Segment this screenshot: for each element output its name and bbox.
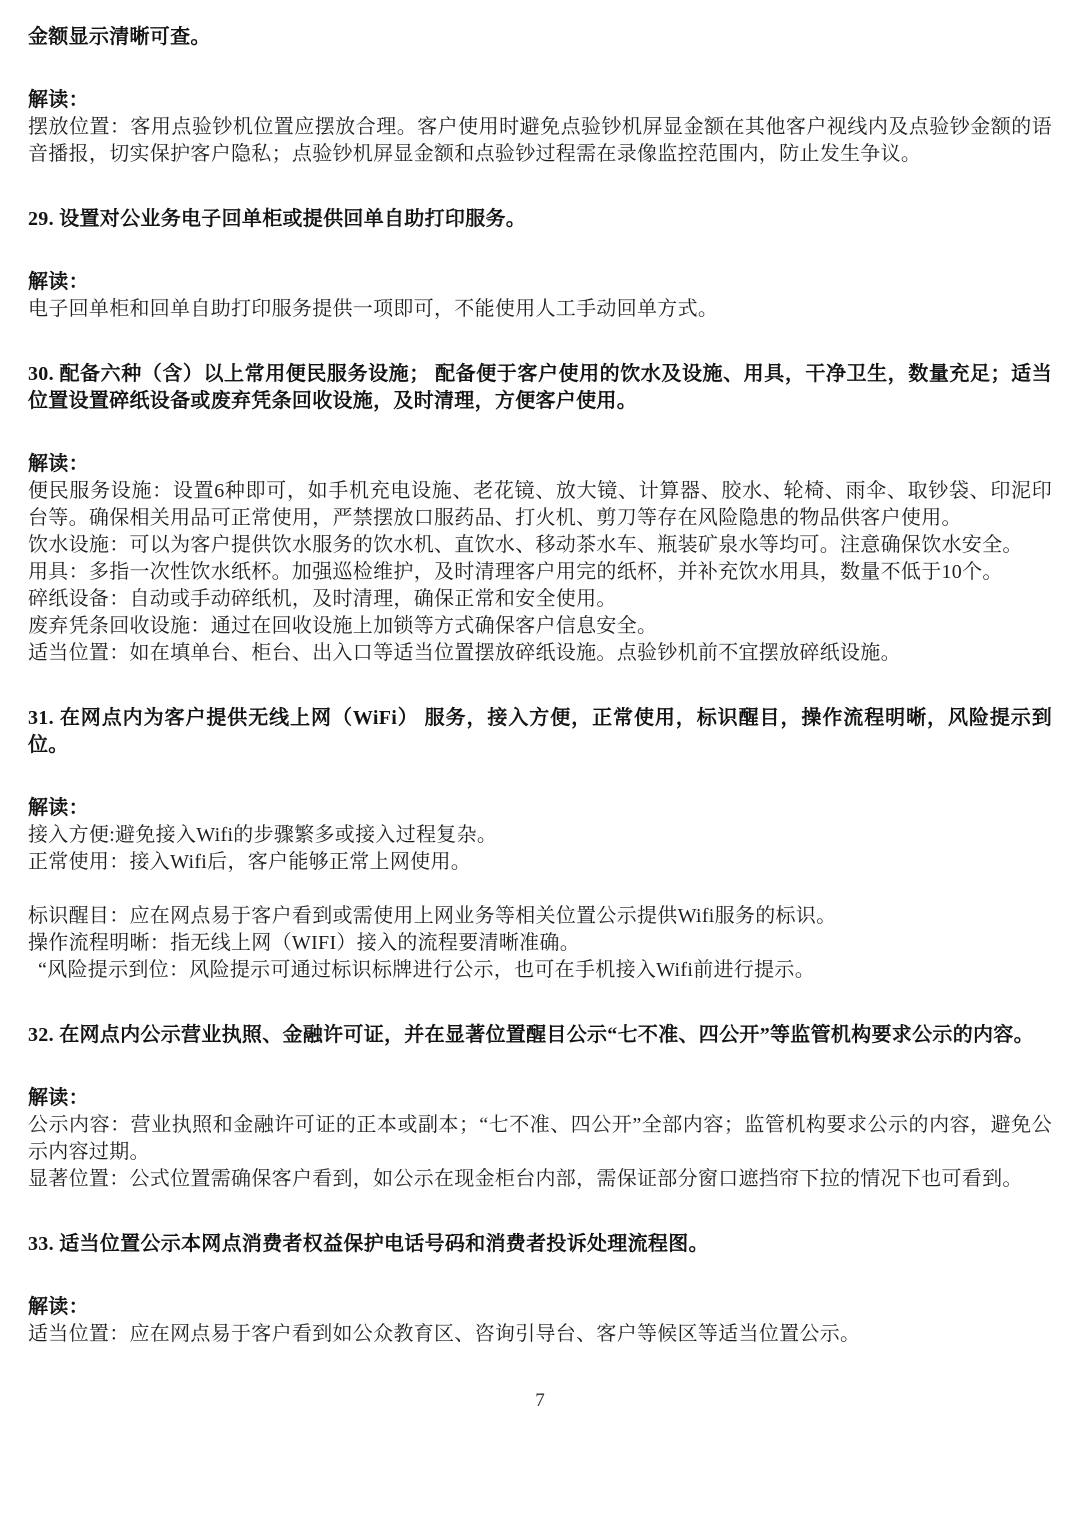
body-paragraph: 标识醒目：应在网点易于客户看到或需使用上网业务等相关位置公示提供Wifi服务的标… <box>28 903 1052 930</box>
body-paragraph: 电子回单柜和回单自助打印服务提供一项即可，不能使用人工手动回单方式。 <box>28 296 1052 323</box>
item-lead-text: 29. 设置对公业务电子回单柜或提供回单自助打印服务。 <box>28 206 1052 233</box>
body-paragraph: 接入方便:避免接入Wifi的步骤繁多或接入过程复杂。 <box>28 822 1052 849</box>
section-item31: 31. 在网点内为客户提供无线上网（WiFi） 服务，接入方便，正常使用，标识醒… <box>28 705 1052 984</box>
jiedu-label: 解读： <box>28 269 1052 296</box>
section-item29: 29. 设置对公业务电子回单柜或提供回单自助打印服务。 解读： 电子回单柜和回单… <box>28 206 1052 323</box>
body-paragraph: 适当位置：应在网点易于客户看到如公众教育区、咨询引导台、客户等候区等适当位置公示… <box>28 1321 1052 1348</box>
body-paragraph: “风险提示到位：风险提示可通过标识标牌进行公示，也可在手机接入Wifi前进行提示… <box>28 957 1052 984</box>
body-paragraph: 公示内容：营业执照和金融许可证的正本或副本；“七不准、四公开”全部内容；监管机构… <box>28 1112 1052 1166</box>
jiedu-label: 解读： <box>28 1085 1052 1112</box>
document-page: 金额显示清晰可查。 解读： 摆放位置：客用点验钞机位置应摆放合理。客户使用时避免… <box>0 0 1080 1527</box>
section-item33: 33. 适当位置公示本网点消费者权益保护电话号码和消费者投诉处理流程图。 解读：… <box>28 1231 1052 1348</box>
body-paragraph: 废弃凭条回收设施：通过在回收设施上加锁等方式确保客户信息安全。 <box>28 613 1052 640</box>
body-paragraph: 饮水设施：可以为客户提供饮水服务的饮水机、直饮水、移动茶水车、瓶装矿泉水等均可。… <box>28 532 1052 559</box>
page-number: 7 <box>0 1390 1080 1412</box>
jiedu-label: 解读： <box>28 87 1052 114</box>
item-lead-text: 金额显示清晰可查。 <box>28 24 1052 51</box>
section-item28-continuation: 金额显示清晰可查。 解读： 摆放位置：客用点验钞机位置应摆放合理。客户使用时避免… <box>28 24 1052 168</box>
body-paragraph: 碎纸设备：自动或手动碎纸机，及时清理，确保正常和安全使用。 <box>28 586 1052 613</box>
item-lead-text: 33. 适当位置公示本网点消费者权益保护电话号码和消费者投诉处理流程图。 <box>28 1231 1052 1258</box>
item-lead-text: 30. 配备六种（含）以上常用便民服务设施； 配备便于客户使用的饮水及设施、用具… <box>28 361 1052 415</box>
jiedu-label: 解读： <box>28 795 1052 822</box>
jiedu-label: 解读： <box>28 451 1052 478</box>
body-paragraph: 摆放位置：客用点验钞机位置应摆放合理。客户使用时避免点验钞机屏显金额在其他客户视… <box>28 114 1052 168</box>
body-paragraph: 适当位置：如在填单台、柜台、出入口等适当位置摆放碎纸设施。点验钞机前不宜摆放碎纸… <box>28 640 1052 667</box>
body-paragraph: 便民服务设施：设置6种即可，如手机充电设施、老花镜、放大镜、计算器、胶水、轮椅、… <box>28 478 1052 532</box>
section-item30: 30. 配备六种（含）以上常用便民服务设施； 配备便于客户使用的饮水及设施、用具… <box>28 361 1052 667</box>
item-lead-text: 32. 在网点内公示营业执照、金融许可证，并在显著位置醒目公示“七不准、四公开”… <box>28 1022 1052 1049</box>
item-lead-text: 31. 在网点内为客户提供无线上网（WiFi） 服务，接入方便，正常使用，标识醒… <box>28 705 1052 759</box>
body-paragraph: 用具：多指一次性饮水纸杯。加强巡检维护，及时清理客户用完的纸杯，并补充饮水用具，… <box>28 559 1052 586</box>
body-paragraph: 显著位置：公式位置需确保客户看到，如公示在现金柜台内部，需保证部分窗口遮挡帘下拉… <box>28 1166 1052 1193</box>
body-paragraph: 正常使用：接入Wifi后，客户能够正常上网使用。 <box>28 849 1052 876</box>
jiedu-label: 解读： <box>28 1294 1052 1321</box>
section-item32: 32. 在网点内公示营业执照、金融许可证，并在显著位置醒目公示“七不准、四公开”… <box>28 1022 1052 1193</box>
body-paragraph: 操作流程明晰：指无线上网（WIFI）接入的流程要清晰准确。 <box>28 930 1052 957</box>
